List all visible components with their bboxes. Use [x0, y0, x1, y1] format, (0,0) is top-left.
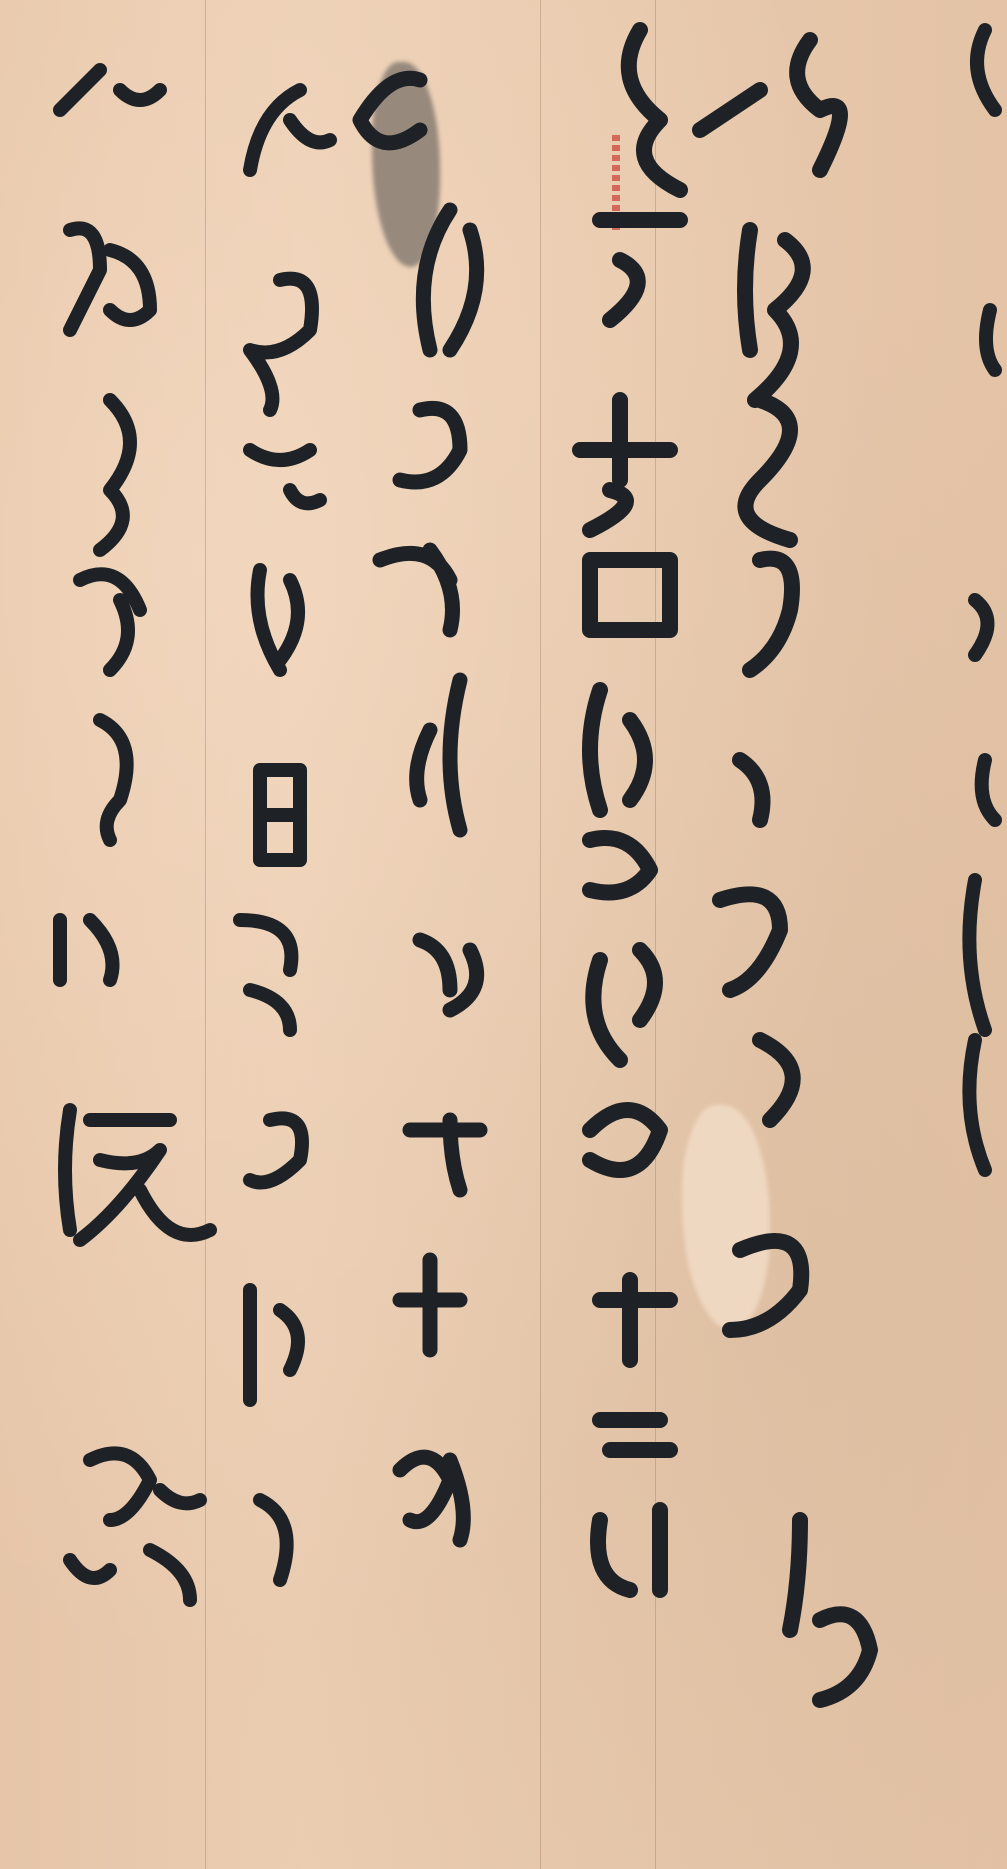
calligraphy-sheet — [0, 0, 1007, 1869]
column-3 — [580, 30, 680, 1590]
column-2 — [700, 40, 870, 1700]
column-6 — [60, 70, 210, 1600]
column-4 — [360, 78, 480, 1540]
column-1 — [969, 30, 995, 1170]
brush-strokes — [0, 0, 1007, 1869]
column-5 — [240, 90, 330, 1580]
